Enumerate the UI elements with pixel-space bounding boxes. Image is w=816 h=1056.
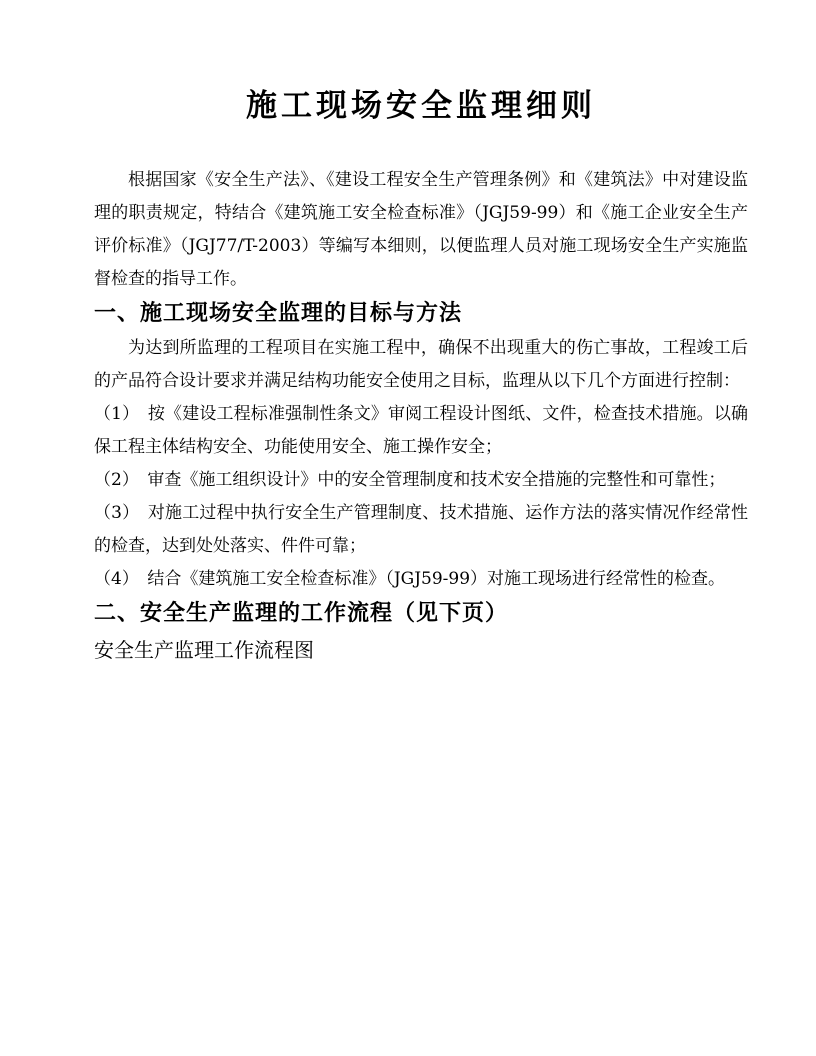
flowchart-caption: 安全生产监理工作流程图 (94, 632, 748, 668)
section-1-heading: 一、施工现场安全监理的目标与方法 (94, 296, 748, 332)
section-2-heading: 二、安全生产监理的工作流程（见下页） (94, 596, 748, 632)
list-item-4: （4） 结合《建筑施工安全检查标准》（JGJ59-99）对施工现场进行经常性的检… (94, 563, 748, 596)
list-item-3: （3） 对施工过程中执行安全生产管理制度、技术措施、运作方法的落实情况作经常性的… (94, 497, 748, 563)
intro-paragraph: 根据国家《安全生产法》、《建设工程安全生产管理条例》和《建筑法》中对建设监理的职… (94, 164, 748, 296)
list-item-1: （1） 按《建设工程标准强制性条文》审阅工程设计图纸、文件，检查技术措施。以确保… (94, 398, 748, 464)
document-title: 施工现场安全监理细则 (94, 85, 748, 127)
section-1-lead-paragraph: 为达到所监理的工程项目在实施工程中，确保不出现重大的伤亡事故，工程竣工后的产品符… (94, 332, 748, 398)
document-page: 施工现场安全监理细则 根据国家《安全生产法》、《建设工程安全生产管理条例》和《建… (0, 0, 816, 1056)
list-item-2: （2） 审查《施工组织设计》中的安全管理制度和技术安全措施的完整性和可靠性； (94, 464, 748, 497)
